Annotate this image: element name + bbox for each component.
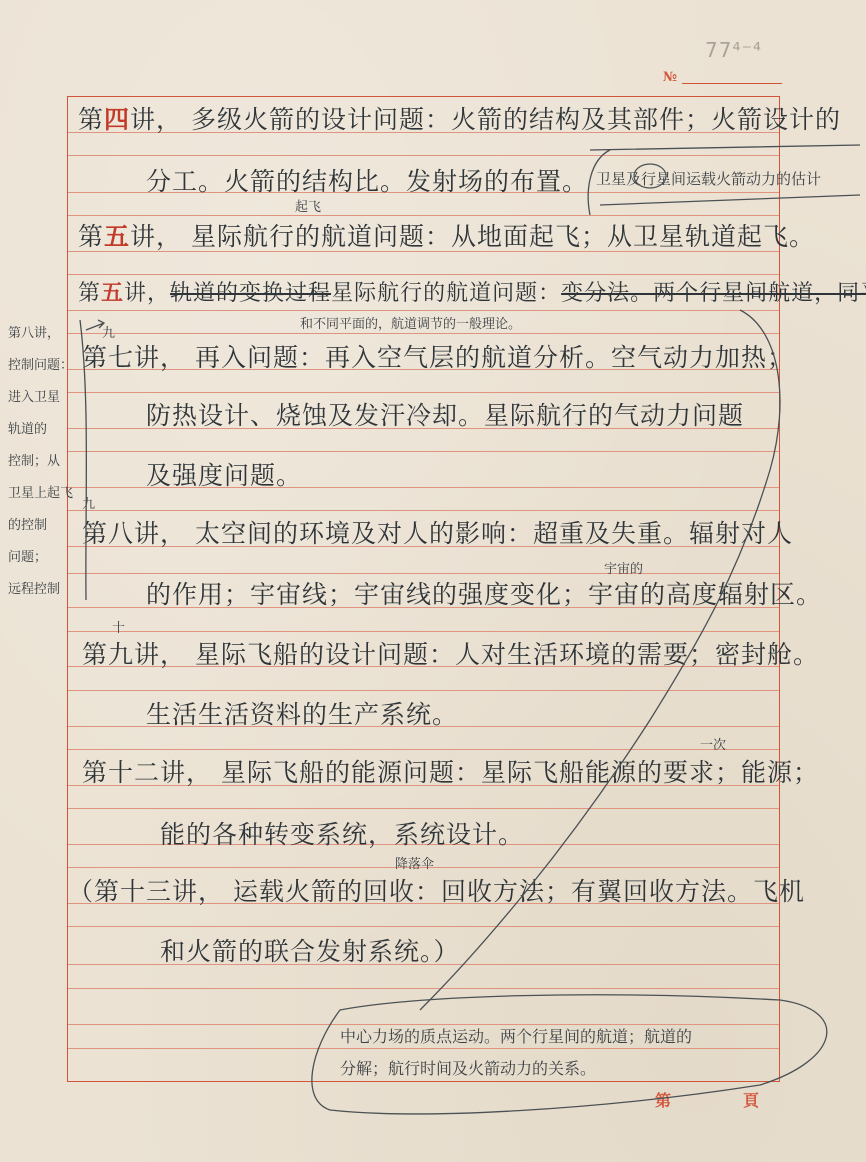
circle-mark-icon — [634, 164, 666, 188]
pencil-annotations — [0, 0, 866, 1162]
arrow-icon — [86, 320, 104, 330]
pencil-bracket — [588, 145, 860, 215]
pencil-oval — [312, 995, 827, 1114]
pencil-margin-stroke — [80, 320, 86, 600]
pencil-loop-curve — [420, 310, 780, 1010]
